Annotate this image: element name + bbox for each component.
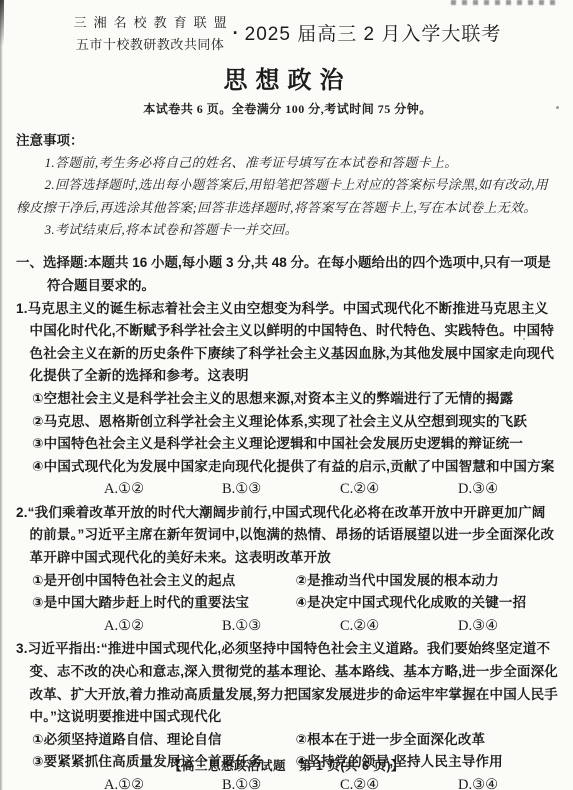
question-2-options: A.①② B.①③ C.②④ D.③④ — [16, 615, 559, 639]
organizer-line1: 三湘名校教育联盟 — [74, 12, 234, 31]
option-b: B.①③ — [222, 774, 340, 790]
notice-item-2: 2.回答选择题时,选出每小题答案后,用铅笔把答题卡上对应的答案标号涂黑,如有改动… — [16, 174, 559, 219]
option-a: A.①② — [104, 615, 222, 639]
separator-dot: · — [233, 24, 239, 42]
option-c: C.②④ — [340, 774, 458, 790]
statement: ③中国特色社会主义是科学社会主义理论逻辑和中国社会发展历史逻辑的辩证统一 — [32, 433, 559, 456]
question-1-options: A.①② B.①③ C.②④ D.③④ — [16, 478, 559, 502]
question-3-stem: 3.习近平指出:“推进中国式现代化,必须坚持中国特色社会主义道路。我们要始终坚定… — [16, 638, 559, 728]
section-heading-choice: 一、选择题:本题共 16 小题,每小题 3 分,共 48 分。在每小题给出的四个… — [16, 251, 559, 298]
statement: ②根本在于进一步全面深化改革 — [296, 729, 560, 752]
question-2-text: “我们乘着改革开放的时代大潮阔步前行,中国式现代化必将在改革开放中开辟更加广阔的… — [28, 505, 555, 565]
question-3-text: 习近平指出:“推进中国式现代化,必须坚持中国特色社会主义道路。我们要始终坚定道不… — [28, 641, 558, 724]
notice-section: 注意事项： 1.答题前,考生务必将自己的姓名、准考证号填写在本试卷和答题卡上。 … — [16, 130, 559, 242]
paper-meta: 本试卷共 6 页。全卷满分 100 分,考试时间 75 分钟。 — [16, 100, 559, 117]
question-3-options: A.①② B.①③ C.②④ D.③④ — [16, 774, 559, 790]
option-d: D.③④ — [458, 478, 498, 502]
notice-item-3: 3.考试结束后,将本试卷和答题卡一并交回。 — [16, 219, 559, 241]
option-b: B.①③ — [222, 478, 340, 502]
statement: ②马克思、恩格斯创立科学社会主义理论体系,实现了社会主义从空想到现实的飞跃 — [32, 411, 559, 434]
statement: ④是决定中国式现代化成败的关键一招 — [296, 592, 560, 615]
statement: ①是开创中国特色社会主义的起点 — [32, 570, 296, 593]
question-1: 1.马克思主义的诞生标志着社会主义由空想变为科学。中国式现代化不断推进马克思主义… — [16, 298, 559, 502]
statement: ①空想社会主义是科学社会主义的思想来源,对资本主义的弊端进行了无情的揭露 — [32, 388, 559, 411]
question-2-statements: ①是开创中国特色社会主义的起点 ②是推动当代中国发展的根本动力 ③是中国大踏步赶… — [16, 570, 559, 615]
option-b: B.①③ — [222, 615, 340, 639]
option-a: A.①② — [104, 774, 222, 790]
question-2-number: 2. — [16, 505, 28, 520]
organizer-block: 三湘名校教育联盟 五市十校教研教改共同体 — [74, 12, 227, 53]
question-1-number: 1. — [16, 301, 28, 316]
question-3-number: 3. — [16, 641, 28, 656]
exam-page: 三湘名校教育联盟 五市十校教研教改共同体 · 2025 届高三 2 月入学大联考… — [0, 0, 573, 790]
question-1-stem: 1.马克思主义的诞生标志着社会主义由空想变为科学。中国式现代化不断推进马克思主义… — [16, 298, 559, 388]
option-d: D.③④ — [458, 615, 498, 639]
notice-title: 注意事项： — [16, 130, 559, 152]
option-a: A.①② — [104, 478, 222, 502]
organizer-line2: 五市十校教研教改共同体 — [76, 34, 225, 53]
statement: ③是中国大踏步赶上时代的重要法宝 — [32, 592, 296, 615]
question-2-stem: 2.“我们乘着改革开放的时代大潮阔步前行,中国式现代化必将在改革开放中开辟更加广… — [16, 502, 559, 570]
option-d: D.③④ — [458, 774, 498, 790]
statement: ①必须坚持道路自信、理论自信 — [32, 729, 296, 752]
question-1-text: 马克思主义的诞生标志着社会主义由空想变为科学。中国式现代化不断推进马克思主义中国… — [28, 301, 554, 384]
notice-item-1: 1.答题前,考生务必将自己的姓名、准考证号填写在本试卷和答题卡上。 — [16, 152, 559, 174]
option-c: C.②④ — [340, 478, 458, 502]
question-2: 2.“我们乘着改革开放的时代大潮阔步前行,中国式现代化必将在改革开放中开辟更加广… — [16, 502, 559, 638]
question-1-statements: ①空想社会主义是科学社会主义的思想来源,对资本主义的弊端进行了无情的揭露 ②马克… — [16, 388, 559, 478]
statement: ④中国式现代化为发展中国家走向现代化提供了有益的启示,贡献了中国智慧和中国方案 — [32, 456, 559, 479]
page-footer: 【高三思想政治试题 第 1 页(共 6 页)】 — [0, 756, 573, 774]
exam-name: 2025 届高三 2 月入学大联考 — [245, 19, 502, 46]
exam-header: 三湘名校教育联盟 五市十校教研教改共同体 · 2025 届高三 2 月入学大联考 — [16, 12, 559, 53]
statement: ②是推动当代中国发展的根本动力 — [296, 570, 560, 593]
subject-title: 思想政治 — [16, 60, 559, 95]
option-c: C.②④ — [340, 615, 458, 639]
